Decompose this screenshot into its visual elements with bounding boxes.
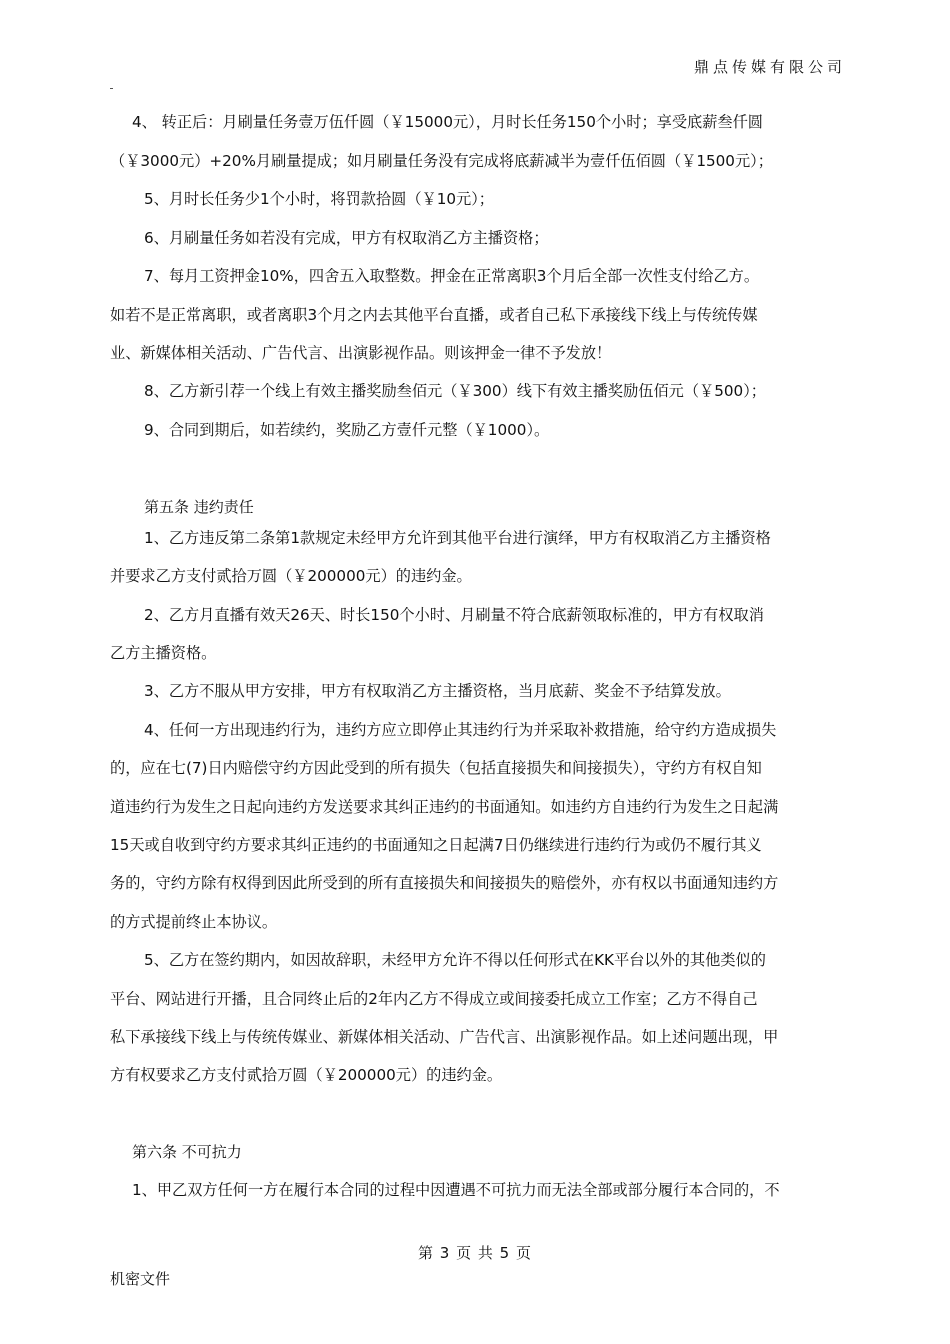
paragraph-line: 的，应在七(7)日内赔偿守约方因此受到的所有损失（包括直接损失和间接损失），守约…	[110, 758, 850, 778]
paragraph-line: 并要求乙方支付贰拾万圆（￥200000元）的违约金。	[110, 566, 850, 586]
paragraph-line: 5、月时长任务少1个小时，将罚款拾圆（￥10元）；	[144, 189, 884, 209]
confidential-label: 机密文件	[110, 1268, 170, 1289]
document-page: 鼎点传媒有限公司 4、 转正后：月刷量任务壹万伍仟圆（￥15000元），月时长任…	[0, 0, 950, 1344]
header-company-name: 鼎点传媒有限公司	[694, 56, 846, 77]
paragraph-line: 的方式提前终止本协议。	[110, 912, 850, 932]
paragraph-line: 1、乙方违反第二条第1款规定未经甲方允许到其他平台进行演绎，甲方有权取消乙方主播…	[144, 528, 884, 548]
paragraph-line: 9、合同到期后，如若续约，奖励乙方壹仟元整（￥1000）。	[144, 420, 884, 440]
paragraph-line: 平台、网站进行开播，且合同终止后的2年内乙方不得成立或间接委托成立工作室；乙方不…	[110, 989, 850, 1009]
paragraph-line: 2、乙方月直播有效天26天、时长150个小时、月刷量不符合底薪领取标准的，甲方有…	[144, 605, 884, 625]
paragraph-line: 务的，守约方除有权得到因此所受到的所有直接损失和间接损失的赔偿外，亦有权以书面通…	[110, 873, 850, 893]
paragraph-line: 6、月刷量任务如若没有完成，甲方有权取消乙方主播资格；	[144, 228, 884, 248]
section-heading-force-majeure: 第六条 不可抗力	[132, 1142, 872, 1162]
page-number: 第 3 页 共 5 页	[0, 1242, 950, 1263]
paragraph-line: 业、新媒体相关活动、广告代言、出演影视作品。则该押金一律不予发放！	[110, 343, 850, 363]
paragraph-line: 1、甲乙双方任何一方在履行本合同的过程中因遭遇不可抗力而无法全部或部分履行本合同…	[132, 1180, 872, 1200]
paragraph-line: 4、任何一方出现违约行为，违约方应立即停止其违约行为并采取补救措施，给守约方造成…	[144, 720, 884, 740]
paragraph-line: 8、乙方新引荐一个线上有效主播奖励叁佰元（￥300）线下有效主播奖励伍佰元（￥5…	[144, 381, 884, 401]
header-mark	[110, 88, 113, 89]
paragraph-line: 私下承接线下线上与传统传媒业、新媒体相关活动、广告代言、出演影视作品。如上述问题…	[110, 1027, 850, 1047]
paragraph-line: 15天或自收到守约方要求其纠正违约的书面通知之日起满7日仍继续进行违约行为或仍不…	[110, 835, 850, 855]
paragraph-line: 道违约行为发生之日起向违约方发送要求其纠正违约的书面通知。如违约方自违约行为发生…	[110, 797, 850, 817]
paragraph-line: 3、乙方不服从甲方安排，甲方有权取消乙方主播资格，当月底薪、奖金不予结算发放。	[144, 681, 884, 701]
paragraph-line: （￥3000元）+20%月刷量提成；如月刷量任务没有完成将底薪减半为壹仟伍佰圆（…	[110, 151, 850, 171]
paragraph-line: 5、乙方在签约期内，如因故辞职，未经甲方允许不得以任何形式在KK平台以外的其他类…	[144, 950, 884, 970]
paragraph-line: 乙方主播资格。	[110, 643, 850, 663]
section-heading-breach-liability: 第五条 违约责任	[144, 497, 884, 517]
paragraph-line: 7、每月工资押金10%，四舍五入取整数。押金在正常离职3个月后全部一次性支付给乙…	[144, 266, 884, 286]
paragraph-line: 4、 转正后：月刷量任务壹万伍仟圆（￥15000元），月时长任务150个小时；享…	[132, 112, 872, 132]
paragraph-line: 方有权要求乙方支付贰拾万圆（￥200000元）的违约金。	[110, 1065, 850, 1085]
paragraph-line: 如若不是正常离职，或者离职3个月之内去其他平台直播，或者自己私下承接线下线上与传…	[110, 305, 850, 325]
